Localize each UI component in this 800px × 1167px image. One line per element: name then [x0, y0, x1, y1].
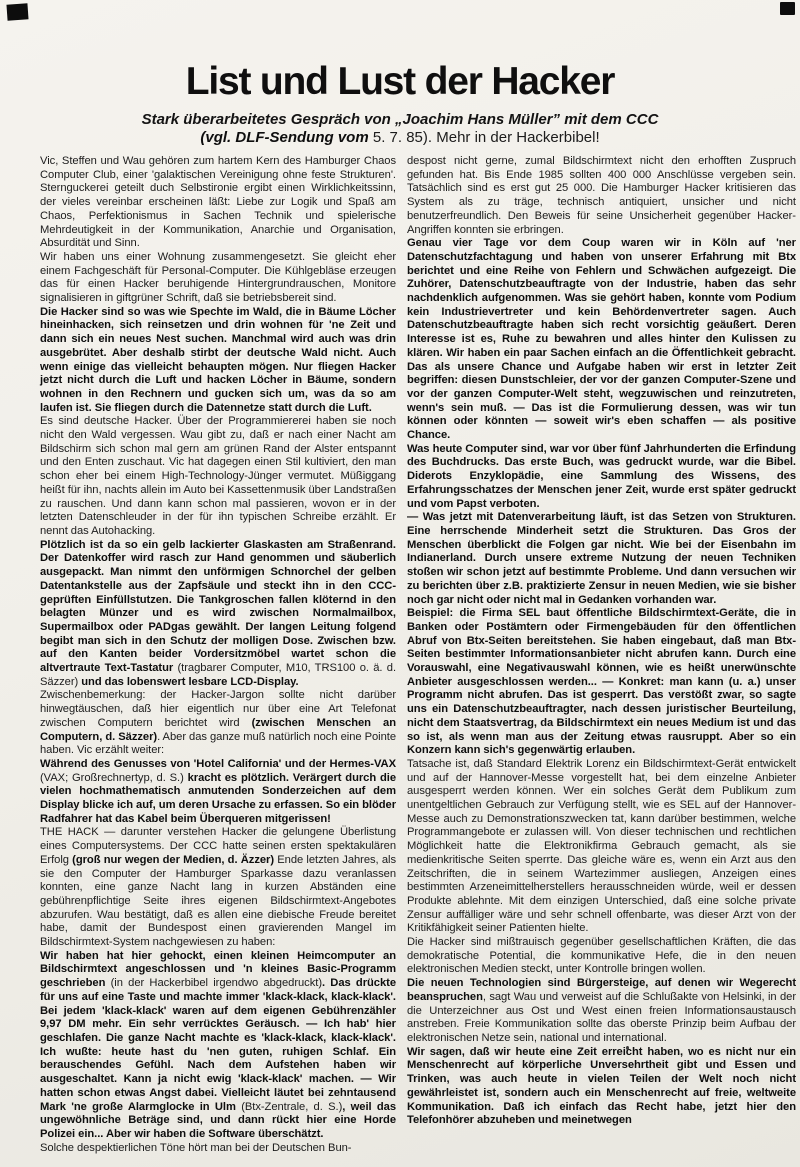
text-run: Die Hacker sind mißtrauisch gegenüber ge… [407, 936, 796, 975]
article-header: List und Lust der Hacker Stark überarbei… [0, 0, 800, 146]
bold-text-run: Während des Genusses von 'Hotel Californ… [40, 758, 396, 770]
text-run: Es sind deutsche Hacker. Über der Progra… [40, 415, 396, 537]
paragraph: Die Hacker sind so was wie Spechte im Wa… [40, 306, 396, 416]
bold-text-run: . Das drückte für uns auf eine Taste und… [40, 977, 396, 1112]
paragraph: Die Hacker sind mißtrauisch gegenüber ge… [407, 936, 796, 977]
paragraph: Wir haben uns einer Wohnung zusammengese… [40, 251, 396, 306]
text-run: Wir haben uns einer Wohnung zusammengese… [40, 251, 396, 304]
paragraph: Beispiel: die Firma SEL baut öffentliche… [407, 607, 796, 758]
paragraph: Wir haben hat hier gehockt, einen kleine… [40, 950, 396, 1142]
paragraph: Solche despektierlichen Töne hört man be… [40, 1142, 396, 1156]
bold-text-run: Beispiel: die Firma SEL baut öffentliche… [407, 607, 796, 756]
text-run: Solche despektierlichen Töne hört man be… [40, 1142, 351, 1154]
paragraph: Es sind deutsche Hacker. Über der Progra… [40, 415, 396, 538]
bold-text-run: Was heute Computer sind, war vor über fü… [407, 443, 796, 510]
bold-text-run: Die Hacker sind so was wie Spechte im Wa… [40, 306, 396, 414]
scan-artifact-top-right [780, 2, 795, 15]
text-run: (VAX; Großrechnertyp, d. S.) [40, 772, 188, 784]
text-run: Vic, Steffen und Wau gehören zum hartem … [40, 155, 396, 249]
paragraph: Während des Genusses von 'Hotel Californ… [40, 758, 396, 827]
paragraph: Vic, Steffen und Wau gehören zum hartem … [40, 155, 396, 251]
article-column-left: Vic, Steffen und Wau gehören zum hartem … [40, 155, 396, 1155]
page-title: List und Lust der Hacker [0, 60, 800, 104]
paragraph: despost nicht gerne, zumal Bildschirmtex… [407, 155, 796, 237]
bold-text-run: — Was jetzt mit Datenverarbeitung läuft,… [407, 511, 796, 605]
scan-artifact-top-left [6, 3, 28, 20]
text-run: Tatsache ist, daß Standard Elektrik Lore… [407, 758, 796, 934]
paragraph: Was heute Computer sind, war vor über fü… [407, 443, 796, 512]
scan-speck [626, 1046, 629, 1050]
bold-text-run: (vgl. DLF-Sendung vom [200, 129, 373, 146]
paragraph: Zwischenbemerkung: der Hacker-Jargon sol… [40, 689, 396, 758]
text-run: despost nicht gerne, zumal Bildschirmtex… [407, 155, 796, 236]
paragraph: THE HACK — darunter verstehen Hacker die… [40, 826, 396, 949]
text-run: (Btx-Zentrale, d. S.) [241, 1101, 342, 1113]
paragraph: Plötzlich ist da so ein gelb lackierter … [40, 539, 396, 690]
bold-text-run: (groß nur wegen der Medien, d. Äzzer) [72, 854, 277, 866]
paragraph: Die neuen Technologien sind Bürgersteige… [407, 977, 796, 1046]
article-subtitle-line1: Stark überarbeitetes Gespräch von „Joach… [0, 111, 800, 128]
text-run: 5. 7. 85). Mehr in der Hackerbibel! [373, 129, 600, 146]
paragraph: Genau vier Tage vor dem Coup waren wir i… [407, 237, 796, 443]
paragraph: — Was jetzt mit Datenverarbeitung läuft,… [407, 511, 796, 607]
scanned-document-page: List und Lust der Hacker Stark überarbei… [0, 0, 800, 1167]
bold-text-run: Wir sagen, daß wir heute eine Zeit errei… [407, 1046, 796, 1127]
paragraph: Wir sagen, daß wir heute eine Zeit errei… [407, 1046, 796, 1128]
article-body: Vic, Steffen und Wau gehören zum hartem … [0, 146, 800, 1155]
bold-text-run: Genau vier Tage vor dem Coup waren wir i… [407, 237, 796, 441]
bold-text-run: und das lobenswert lesbare LCD-Display. [81, 676, 298, 688]
text-run: Ende letzten Jahres, als sie den Compute… [40, 854, 396, 948]
article-subtitle-line2: (vgl. DLF-Sendung vom 5. 7. 85). Mehr in… [0, 129, 800, 146]
article-column-right: despost nicht gerne, zumal Bildschirmtex… [407, 155, 796, 1155]
text-run: (in der Hackerbibel irgendwo abgedruckt) [111, 977, 322, 989]
paragraph: Tatsache ist, daß Standard Elektrik Lore… [407, 758, 796, 936]
bold-text-run: Plötzlich ist da so ein gelb lackierter … [40, 539, 396, 674]
